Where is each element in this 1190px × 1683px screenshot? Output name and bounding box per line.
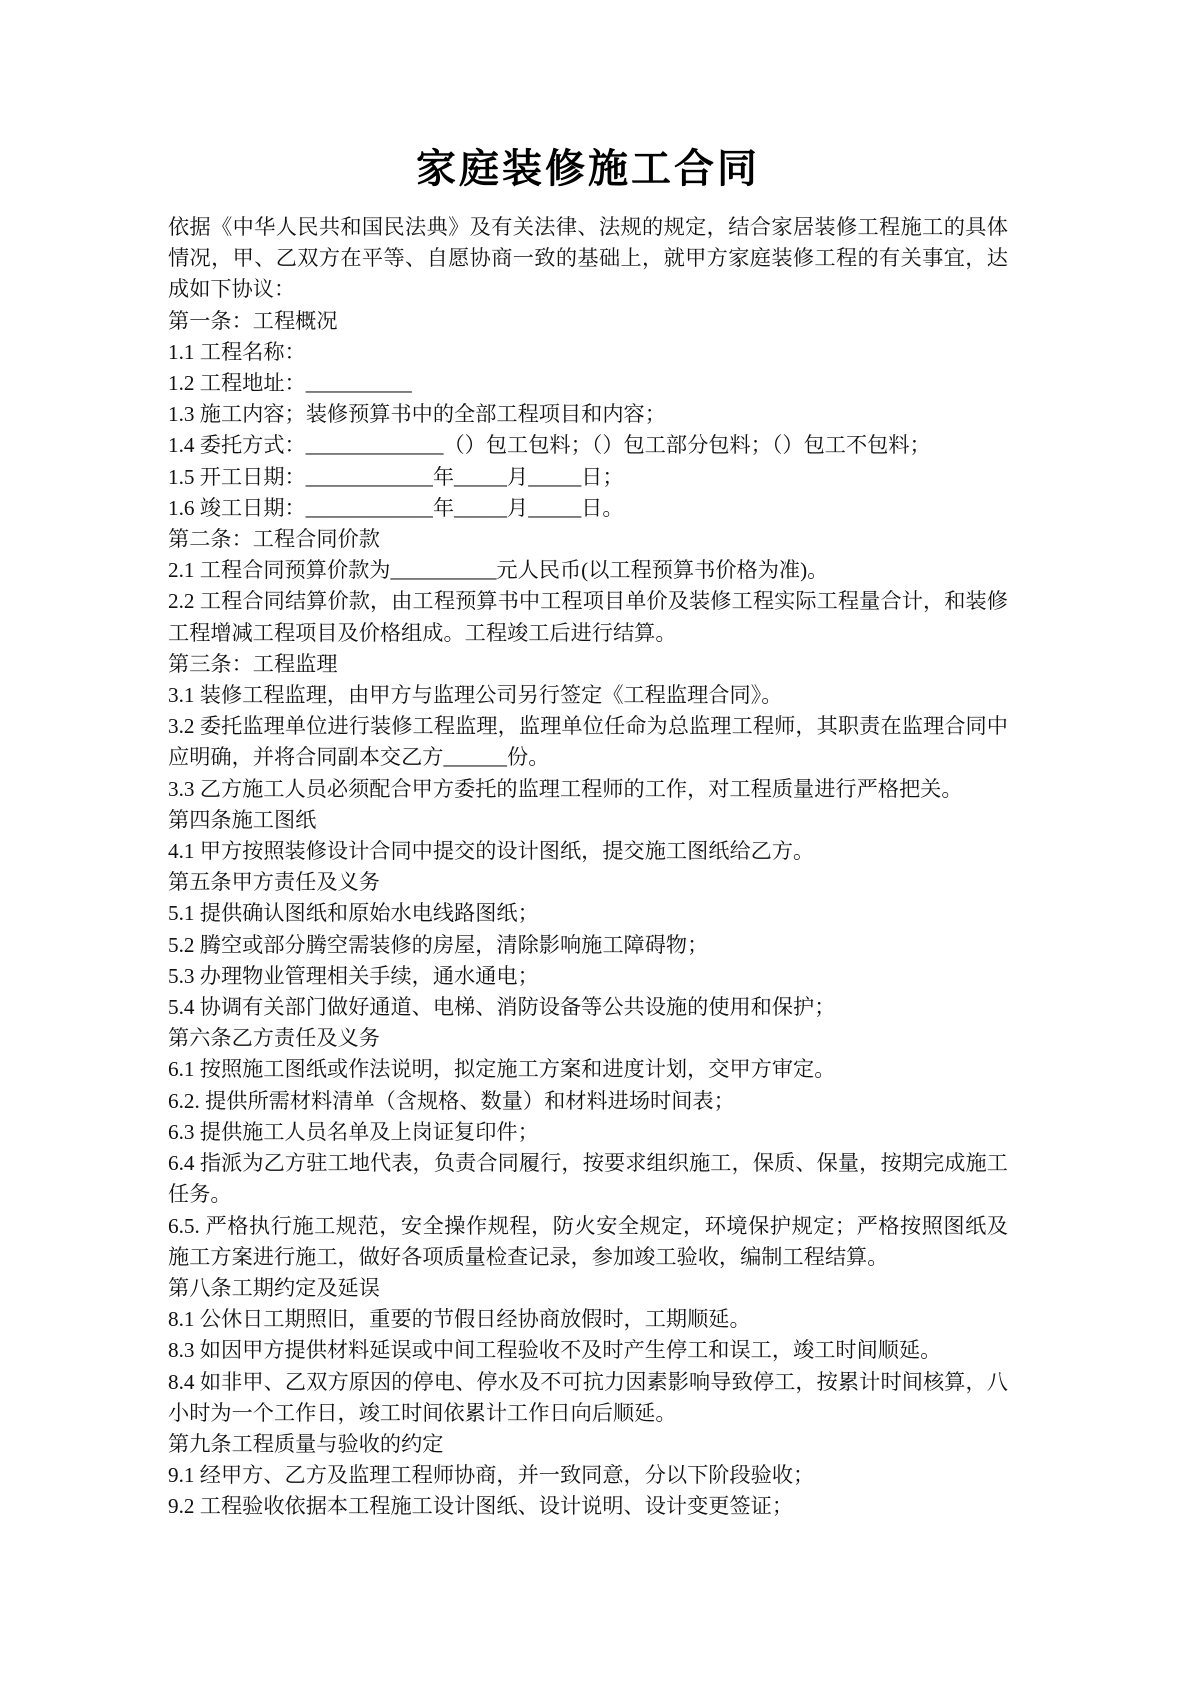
- contract-paragraph: 5.1 提供确认图纸和原始水电线路图纸；: [168, 898, 1008, 929]
- contract-paragraph: 5.2 腾空或部分腾空需装修的房屋，清除影响施工障碍物；: [168, 930, 1008, 961]
- contract-paragraph: 1.4 委托方式：_____________（）包工包料；（）包工部分包料；（）…: [168, 430, 1008, 461]
- contract-paragraph: 依据《中华人民共和国民法典》及有关法律、法规的规定，结合家居装修工程施工的具体情…: [168, 212, 1008, 306]
- contract-paragraph: 4.1 甲方按照装修设计合同中提交的设计图纸，提交施工图纸给乙方。: [168, 836, 1008, 867]
- contract-paragraph: 2.2 工程合同结算价款，由工程预算书中工程项目单价及装修工程实际工程量合计，和…: [168, 586, 1008, 648]
- contract-paragraph: 8.3 如因甲方提供材料延误或中间工程验收不及时产生停工和误工，竣工时间顺延。: [168, 1335, 1008, 1366]
- contract-paragraph: 第八条工期约定及延误: [168, 1273, 1008, 1304]
- contract-paragraph: 8.1 公休日工期照旧，重要的节假日经协商放假时，工期顺延。: [168, 1304, 1008, 1335]
- contract-body: 依据《中华人民共和国民法典》及有关法律、法规的规定，结合家居装修工程施工的具体情…: [168, 212, 1008, 1523]
- contract-paragraph: 9.1 经甲方、乙方及监理工程师协商，并一致同意，分以下阶段验收；: [168, 1460, 1008, 1491]
- contract-paragraph: 第三条：工程监理: [168, 649, 1008, 680]
- contract-paragraph: 6.2. 提供所需材料清单（含规格、数量）和材料进场时间表；: [168, 1086, 1008, 1117]
- contract-paragraph: 3.1 装修工程监理，由甲方与监理公司另行签定《工程监理合同》。: [168, 680, 1008, 711]
- contract-paragraph: 第五条甲方责任及义务: [168, 867, 1008, 898]
- contract-paragraph: 第四条施工图纸: [168, 805, 1008, 836]
- contract-paragraph: 8.4 如非甲、乙双方原因的停电、停水及不可抗力因素影响导致停工，按累计时间核算…: [168, 1367, 1008, 1429]
- contract-content: 家庭装修施工合同 依据《中华人民共和国民法典》及有关法律、法规的规定，结合家居装…: [0, 0, 1190, 1523]
- contract-paragraph: 第九条工程质量与验收的约定: [168, 1429, 1008, 1460]
- contract-paragraph: 1.6 竣工日期：____________年_____月_____日。: [168, 493, 1008, 524]
- contract-document-page: 家庭装修施工合同 依据《中华人民共和国民法典》及有关法律、法规的规定，结合家居装…: [0, 0, 1190, 1683]
- contract-paragraph: 6.5. 严格执行施工规范，安全操作规程，防火安全规定，环境保护规定；严格按照图…: [168, 1211, 1008, 1273]
- contract-paragraph: 9.2 工程验收依据本工程施工设计图纸、设计说明、设计变更签证；: [168, 1491, 1008, 1522]
- contract-paragraph: 1.5 开工日期：____________年_____月_____日；: [168, 462, 1008, 493]
- contract-paragraph: 第一条：工程概况: [168, 306, 1008, 337]
- contract-paragraph: 6.4 指派为乙方驻工地代表，负责合同履行，按要求组织施工，保质、保量，按期完成…: [168, 1148, 1008, 1210]
- contract-paragraph: 第二条：工程合同价款: [168, 524, 1008, 555]
- contract-paragraph: 6.1 按照施工图纸或作法说明，拟定施工方案和进度计划，交甲方审定。: [168, 1054, 1008, 1085]
- contract-paragraph: 5.4 协调有关部门做好通道、电梯、消防设备等公共设施的使用和保护；: [168, 992, 1008, 1023]
- contract-paragraph: 3.2 委托监理单位进行装修工程监理，监理单位任命为总监理工程师，其职责在监理合…: [168, 711, 1008, 773]
- contract-paragraph: 1.2 工程地址：__________: [168, 368, 1008, 399]
- contract-paragraph: 1.3 施工内容；装修预算书中的全部工程项目和内容；: [168, 399, 1008, 430]
- contract-paragraph: 第六条乙方责任及义务: [168, 1023, 1008, 1054]
- contract-paragraph: 6.3 提供施工人员名单及上岗证复印件；: [168, 1117, 1008, 1148]
- contract-paragraph: 3.3 乙方施工人员必须配合甲方委托的监理工程师的工作，对工程质量进行严格把关。: [168, 774, 1008, 805]
- contract-paragraph: 5.3 办理物业管理相关手续，通水通电；: [168, 961, 1008, 992]
- contract-paragraph: 1.1 工程名称：: [168, 337, 1008, 368]
- page-title: 家庭装修施工合同: [168, 146, 1008, 192]
- contract-paragraph: 2.1 工程合同预算价款为__________元人民币(以工程预算书价格为准)。: [168, 555, 1008, 586]
